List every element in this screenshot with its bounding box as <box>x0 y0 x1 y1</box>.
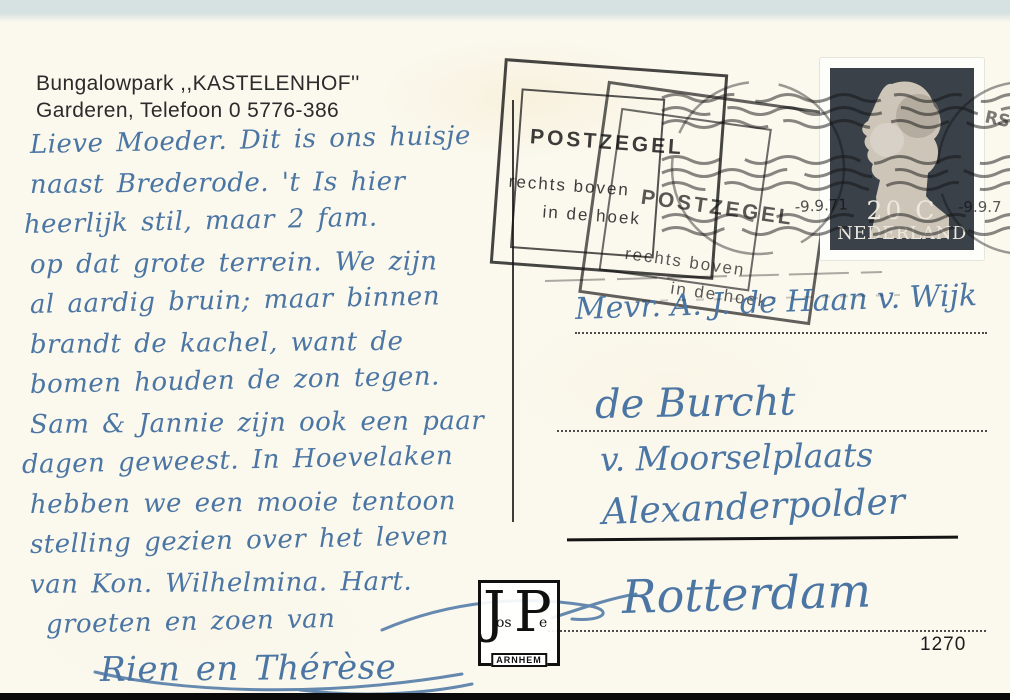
postmark-arc-letters: RS <box>983 107 1010 132</box>
scan-bottom-edge <box>0 693 1010 700</box>
address-line-rule-2 <box>557 430 987 432</box>
stamp-country: NEDERLAND <box>830 223 974 244</box>
logo-letter-p: P <box>514 585 552 641</box>
publisher-logo: J os P e ARNHEM <box>478 580 560 666</box>
address-city: Rotterdam <box>621 563 871 623</box>
logo-letter-e: e <box>539 615 547 631</box>
logo-letters-os: os <box>496 615 512 631</box>
address-street-2: v. Moorselplaats <box>600 435 874 479</box>
logo-letter-j: J <box>483 585 505 641</box>
header-line-1: Bungalowpark ,,KASTELENHOF'' <box>36 70 360 97</box>
message-line: Lieve Moeder. Dit is ons huisje <box>30 120 530 170</box>
address-district: Alexanderpolder <box>601 481 905 533</box>
printed-header: Bungalowpark ,,KASTELENHOF'' Garderen, T… <box>36 70 360 124</box>
header-line-2: Garderen, Telefoon 0 5776-386 <box>36 97 360 124</box>
address-line-rule-1 <box>575 332 987 334</box>
stamp-denomination: 20 C <box>830 196 974 225</box>
address-street: de Burcht <box>595 379 796 428</box>
message-signature: Rien en Thérèse <box>100 646 529 696</box>
stamp-background: 20 C NEDERLAND <box>830 68 974 250</box>
address-line-rule-4 <box>548 630 986 632</box>
postage-stamp: 20 C NEDERLAND <box>820 58 984 260</box>
hair-shading <box>896 94 940 138</box>
face-highlight <box>870 123 904 157</box>
handwritten-message: Lieve Moeder. Dit is ons huisje naast Br… <box>24 130 529 696</box>
postcard-back-scan: { "header": { "line1": "Bungalowpark ,,K… <box>0 0 1010 700</box>
scan-edge-band <box>0 0 1010 22</box>
card-number: 1270 <box>920 634 966 656</box>
address-line-rule-3 <box>567 536 958 542</box>
logo-city: ARNHEM <box>491 653 547 667</box>
